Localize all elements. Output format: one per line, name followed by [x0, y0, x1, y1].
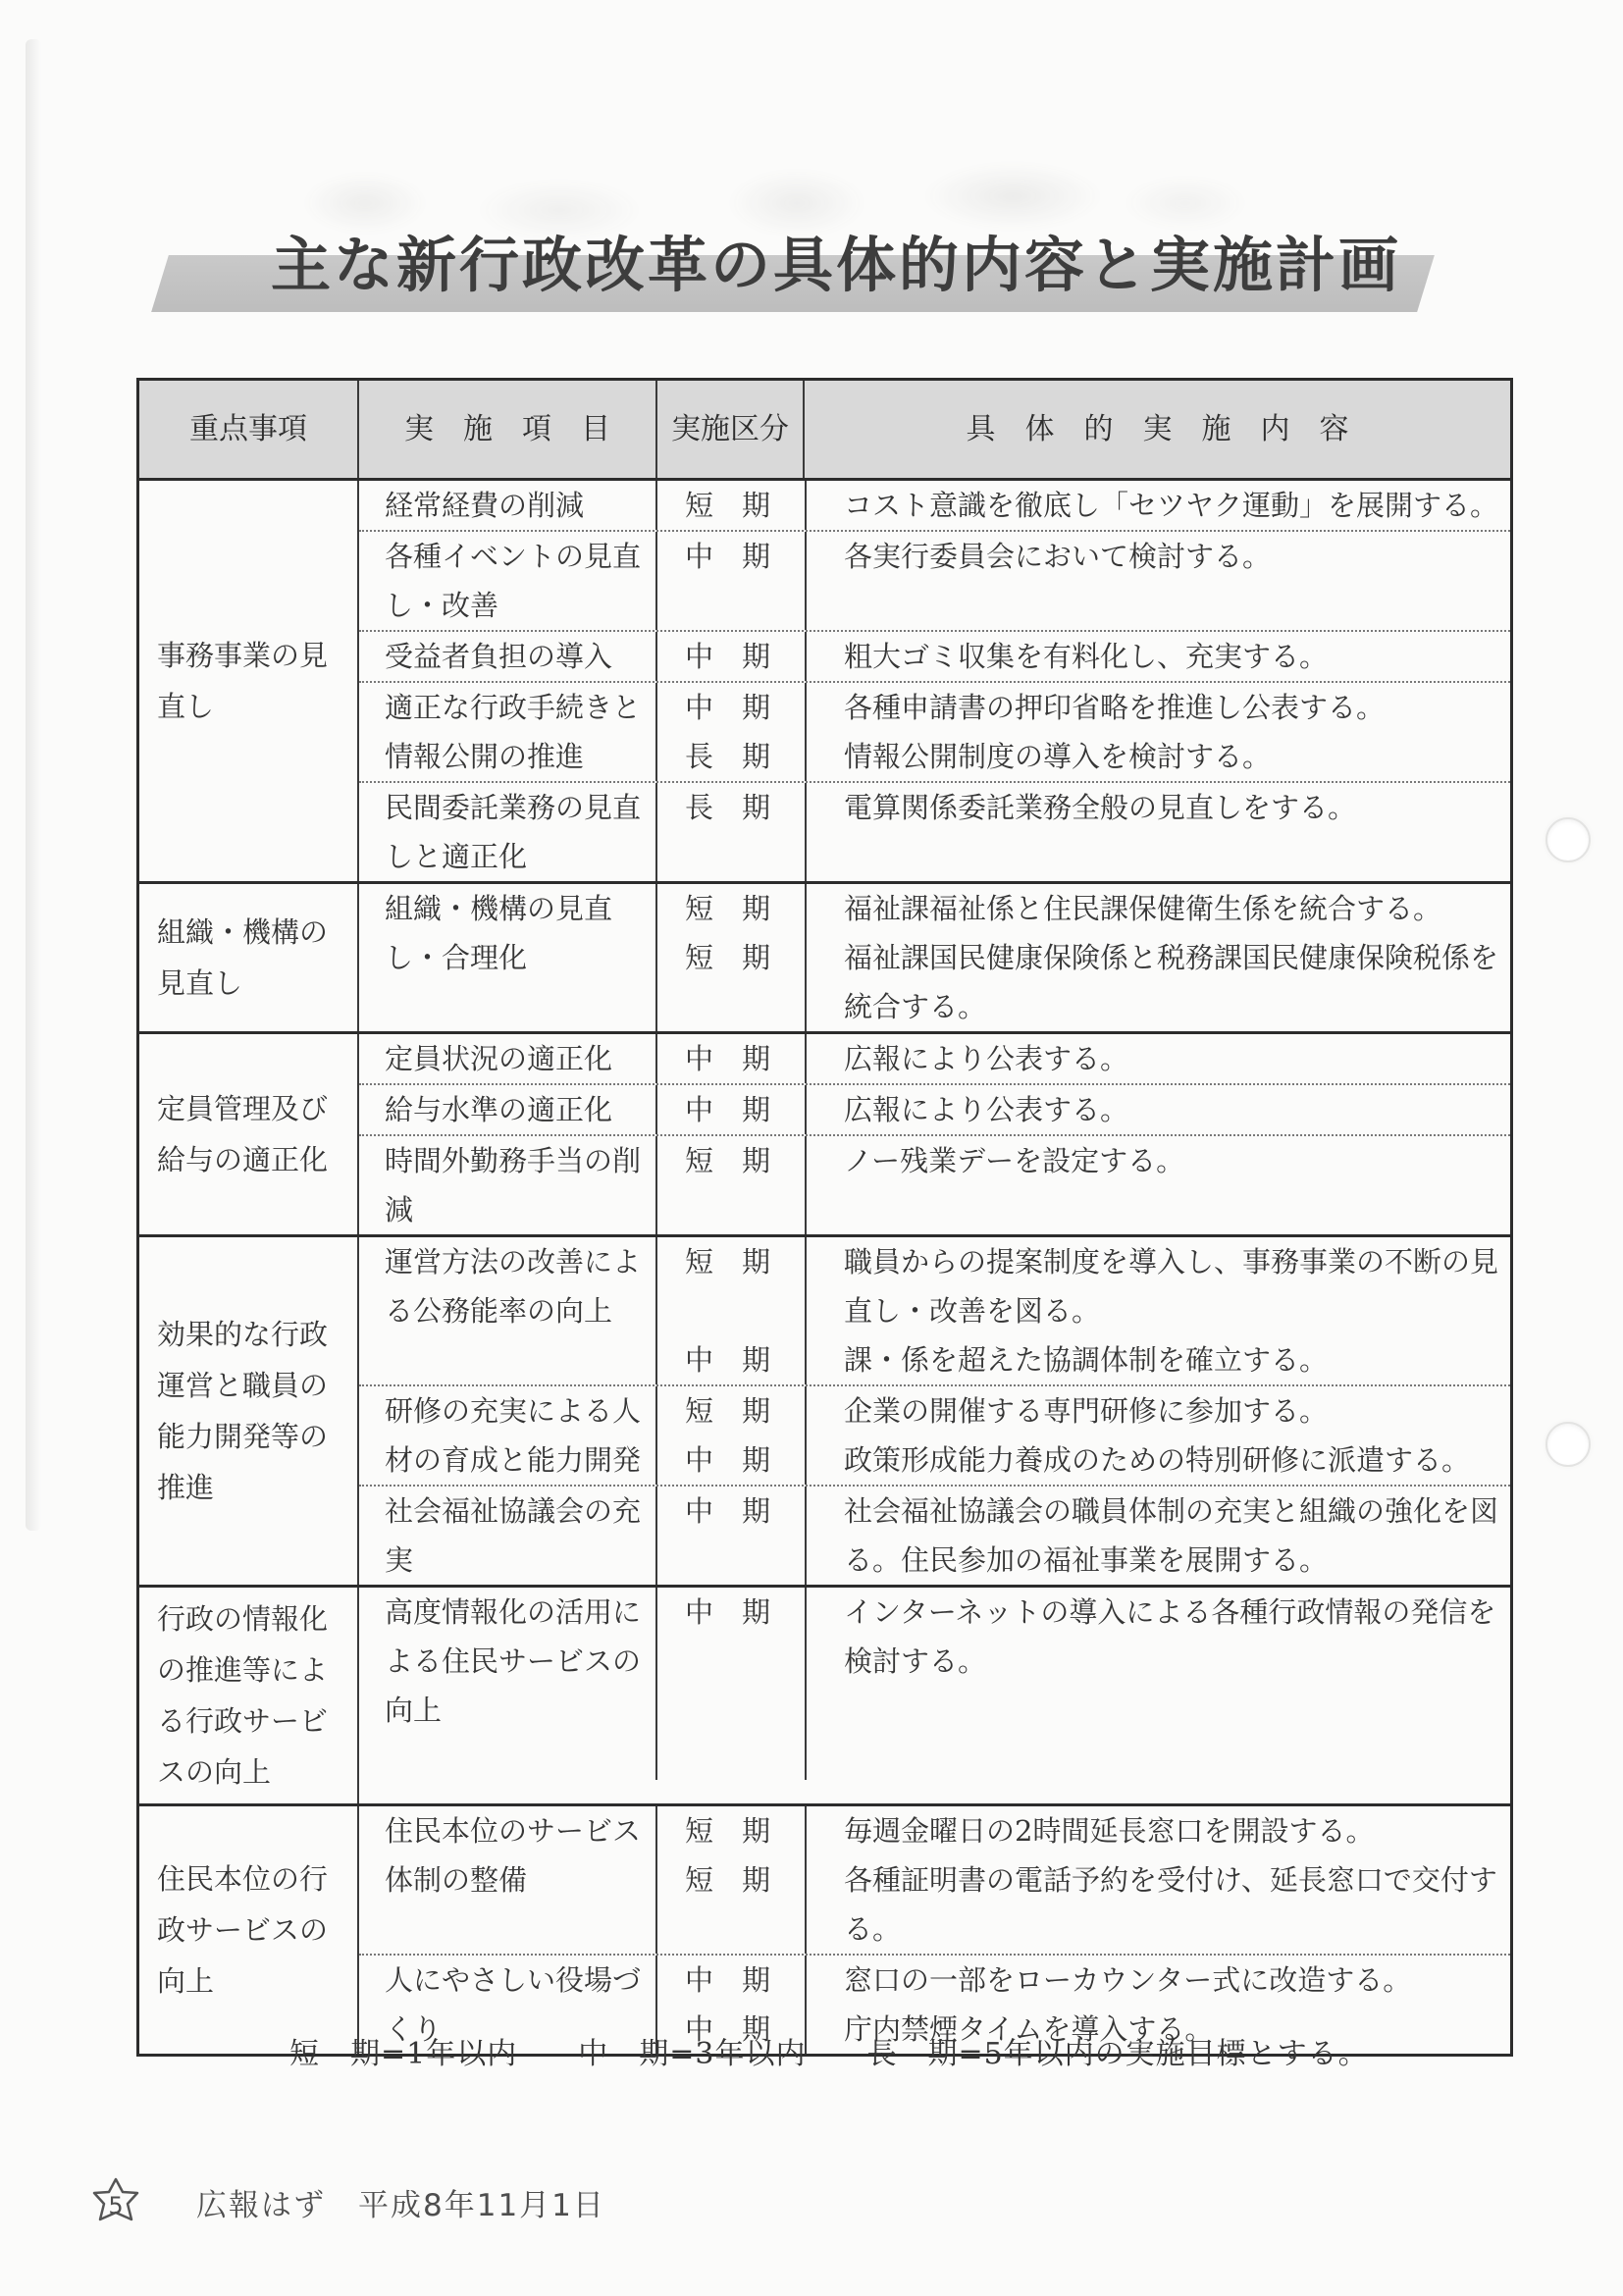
- section-label-text: 事務事業の見直し: [157, 630, 345, 732]
- scanned-newsletter-page: 主な新行政改革の具体的内容と実施計画 重点事項 実 施 項 目 実施区分 具 体…: [0, 0, 1623, 2296]
- table-row: 運営方法の改善による公務能率の向上 短 期 職員からの提案制度を導入し、事務事業…: [359, 1237, 1510, 1384]
- period-cell: 中 期: [657, 1956, 805, 2005]
- entry: 中 期 粗大ゴミ収集を有料化し、充実する。: [657, 632, 1510, 681]
- item-cell: 社会福祉協議会の充実: [359, 1487, 657, 1585]
- period-cell: 中 期: [657, 1335, 805, 1384]
- period-cell: 中 期: [657, 1487, 805, 1585]
- content-cell: 各種申請書の押印省略を推進し公表する。: [805, 683, 1510, 732]
- entry: 短 期 福祉課福祉係と住民課保健衛生係を統合する。: [657, 884, 1510, 933]
- entry-list: 中 期 広報により公表する。: [657, 1085, 1510, 1134]
- entry-list: 長 期 電算関係委託業務全般の見直しをする。: [657, 783, 1510, 881]
- entry-list: 短 期 ノー残業デーを設定する。: [657, 1136, 1510, 1234]
- entry: 短 期 企業の開催する専門研修に参加する。: [657, 1386, 1510, 1435]
- content-cell: 情報公開制度の導入を検討する。: [805, 732, 1510, 781]
- item-cell: 経常経費の削減: [359, 481, 657, 530]
- entry: 中 期 窓口の一部をローカウンター式に改造する。: [657, 1956, 1510, 2005]
- header-implementation-item: 実 施 項 目: [359, 381, 657, 478]
- item-cell: 各種イベントの見直し・改善: [359, 532, 657, 630]
- item-cell: 運営方法の改善による公務能率の向上: [359, 1237, 657, 1384]
- item-cell: 高度情報化の活用による住民サービスの向上: [359, 1588, 657, 1780]
- content-cell: 福祉課国民健康保険係と税務課国民健康保険税係を統合する。: [805, 933, 1510, 1031]
- table-row: 受益者負担の導入 中 期 粗大ゴミ収集を有料化し、充実する。: [359, 630, 1510, 681]
- content-cell: 各種証明書の電話予約を受付け、延長窓口で交付する。: [805, 1855, 1510, 1954]
- entry: 短 期 毎週金曜日の2時間延長窓口を開設する。: [657, 1806, 1510, 1855]
- table-row: 社会福祉協議会の充実 中 期 社会福祉協議会の職員体制の充実と組織の強化を図る。…: [359, 1485, 1510, 1585]
- entry-list: 短 期 福祉課福祉係と住民課保健衛生係を統合する。 短 期 福祉課国民健康保険係…: [657, 884, 1510, 1031]
- content-cell: 窓口の一部をローカウンター式に改造する。: [805, 1956, 1510, 2005]
- entry: 長 期 情報公開制度の導入を検討する。: [657, 732, 1510, 781]
- period-cell: 短 期: [657, 884, 805, 933]
- section-rows: 組織・機構の見直し・合理化 短 期 福祉課福祉係と住民課保健衛生係を統合する。 …: [359, 884, 1510, 1031]
- section-label: 定員管理及び給与の適正化: [139, 1034, 359, 1234]
- entry: 長 期 電算関係委託業務全般の見直しをする。: [657, 783, 1510, 832]
- section-label: 事務事業の見直し: [139, 481, 359, 881]
- entry: 中 期 広報により公表する。: [657, 1034, 1510, 1083]
- period-cell: 長 期: [657, 783, 805, 832]
- table-row: 民間委託業務の見直しと適正化 長 期 電算関係委託業務全般の見直しをする。: [359, 781, 1510, 881]
- period-cell: 中 期: [657, 1085, 805, 1134]
- entry-list: 中 期 社会福祉協議会の職員体制の充実と組織の強化を図る。住民参加の福祉事業を展…: [657, 1487, 1510, 1585]
- entry: 短 期 福祉課国民健康保険係と税務課国民健康保険税係を統合する。: [657, 933, 1510, 1031]
- content-cell: 毎週金曜日の2時間延長窓口を開設する。: [805, 1806, 1510, 1855]
- item-cell: 住民本位のサービス体制の整備: [359, 1806, 657, 1954]
- period-cell: 短 期: [657, 1386, 805, 1435]
- period-cell: 短 期: [657, 933, 805, 1031]
- content-cell: インターネットの導入による各種行政情報の発信を検討する。: [805, 1588, 1510, 1686]
- content-cell: 広報により公表する。: [805, 1085, 1510, 1134]
- page-footer: 5 広報はず 平成8年11月1日: [90, 2176, 605, 2227]
- table-row: 時間外勤務手当の削減 短 期 ノー残業デーを設定する。: [359, 1134, 1510, 1234]
- item-cell: 受益者負担の導入: [359, 632, 657, 681]
- table-row: 住民本位のサービス体制の整備 短 期 毎週金曜日の2時間延長窓口を開設する。 短…: [359, 1806, 1510, 1954]
- entry-list: 短 期 企業の開催する専門研修に参加する。 中 期 政策形成能力養成のための特別…: [657, 1386, 1510, 1485]
- section-rows: 経常経費の削減 短 期 コスト意識を徹底し「セツヤク運動」を展開する。 各種イベ…: [359, 481, 1510, 881]
- content-cell: 電算関係委託業務全般の見直しをする。: [805, 783, 1510, 832]
- section-label: 組織・機構の見直し: [139, 884, 359, 1031]
- header-implementation-period: 実施区分: [657, 381, 805, 478]
- period-cell: 短 期: [657, 1855, 805, 1954]
- period-cell: 中 期: [657, 1435, 805, 1485]
- hole-punch: [1545, 817, 1591, 862]
- hole-punch: [1545, 1422, 1591, 1467]
- table-row: 研修の充実による人材の育成と能力開発 短 期 企業の開催する専門研修に参加する。…: [359, 1384, 1510, 1485]
- entry-list: 短 期 毎週金曜日の2時間延長窓口を開設する。 短 期 各種証明書の電話予約を受…: [657, 1806, 1510, 1954]
- entry: 短 期 コスト意識を徹底し「セツヤク運動」を展開する。: [657, 481, 1510, 530]
- entry-list: 中 期 各実行委員会において検討する。: [657, 532, 1510, 630]
- entry: 短 期 ノー残業デーを設定する。: [657, 1136, 1510, 1185]
- period-cell: 中 期: [657, 632, 805, 681]
- section-label-text: 住民本位の行政サービスの向上: [157, 1853, 345, 2007]
- table-section: 住民本位の行政サービスの向上 住民本位のサービス体制の整備 短 期 毎週金曜日の…: [139, 1803, 1510, 2054]
- header-concrete-content: 具 体 的 実 施 内 容: [805, 381, 1510, 478]
- period-cell: 短 期: [657, 1136, 805, 1185]
- entry: 短 期 職員からの提案制度を導入し、事務事業の不断の見直し・改善を図る。: [657, 1237, 1510, 1335]
- section-label: 住民本位の行政サービスの向上: [139, 1806, 359, 2054]
- entry: 短 期 各種証明書の電話予約を受付け、延長窓口で交付する。: [657, 1855, 1510, 1954]
- publication-name-date: 広報はず 平成8年11月1日: [196, 2180, 605, 2224]
- period-cell: 短 期: [657, 481, 805, 530]
- content-cell: ノー残業デーを設定する。: [805, 1136, 1510, 1185]
- content-cell: 職員からの提案制度を導入し、事務事業の不断の見直し・改善を図る。: [805, 1237, 1510, 1335]
- page-number-badge: 5: [90, 2176, 141, 2227]
- entry-list: 中 期 広報により公表する。: [657, 1034, 1510, 1083]
- section-rows: 住民本位のサービス体制の整備 短 期 毎週金曜日の2時間延長窓口を開設する。 短…: [359, 1806, 1510, 2054]
- section-label: 行政の情報化の推進等による行政サービスの向上: [139, 1588, 359, 1803]
- page-number: 5: [90, 2180, 141, 2231]
- content-cell: 粗大ゴミ収集を有料化し、充実する。: [805, 632, 1510, 681]
- entry: 中 期 インターネットの導入による各種行政情報の発信を検討する。: [657, 1588, 1510, 1686]
- period-cell: 中 期: [657, 1588, 805, 1686]
- header-priority-item: 重点事項: [139, 381, 359, 478]
- page-title: 主な新行政改革の具体的内容と実施計画: [271, 218, 1488, 303]
- table-row: 経常経費の削減 短 期 コスト意識を徹底し「セツヤク運動」を展開する。: [359, 481, 1510, 530]
- content-cell: 政策形成能力養成のための特別研修に派遣する。: [805, 1435, 1510, 1485]
- content-cell: 社会福祉協議会の職員体制の充実と組織の強化を図る。住民参加の福祉事業を展開する。: [805, 1487, 1510, 1585]
- table-row: 組織・機構の見直し・合理化 短 期 福祉課福祉係と住民課保健衛生係を統合する。 …: [359, 884, 1510, 1031]
- period-cell: 中 期: [657, 683, 805, 732]
- table-row: 適正な行政手続きと情報公開の推進 中 期 各種申請書の押印省略を推進し公表する。…: [359, 681, 1510, 781]
- content-cell: 福祉課福祉係と住民課保健衛生係を統合する。: [805, 884, 1510, 933]
- period-legend: 短 期=1年以内 中 期=3年以内 長 期=5年以内の実施目標とする。: [289, 2029, 1369, 2072]
- entry: 中 期 社会福祉協議会の職員体制の充実と組織の強化を図る。住民参加の福祉事業を展…: [657, 1487, 1510, 1585]
- table-section: 行政の情報化の推進等による行政サービスの向上 高度情報化の活用による住民サービス…: [139, 1585, 1510, 1803]
- period-cell: 中 期: [657, 1034, 805, 1083]
- entry-list: 短 期 職員からの提案制度を導入し、事務事業の不断の見直し・改善を図る。 中 期…: [657, 1237, 1510, 1384]
- entry: 中 期 課・係を超えた協調体制を確立する。: [657, 1335, 1510, 1384]
- content-cell: 課・係を超えた協調体制を確立する。: [805, 1335, 1510, 1384]
- entry-list: 中 期 各種申請書の押印省略を推進し公表する。 長 期 情報公開制度の導入を検討…: [657, 683, 1510, 781]
- period-cell: 長 期: [657, 732, 805, 781]
- item-cell: 給与水準の適正化: [359, 1085, 657, 1134]
- table-section: 組織・機構の見直し 組織・機構の見直し・合理化 短 期 福祉課福祉係と住民課保健…: [139, 881, 1510, 1031]
- scan-edge-shadow: [26, 39, 41, 1531]
- section-label-text: 効果的な行政運営と職員の能力開発等の推進: [157, 1309, 345, 1513]
- table-section: 効果的な行政運営と職員の能力開発等の推進 運営方法の改善による公務能率の向上 短…: [139, 1234, 1510, 1585]
- entry-list: 中 期 インターネットの導入による各種行政情報の発信を検討する。: [657, 1588, 1510, 1780]
- table-row: 各種イベントの見直し・改善 中 期 各実行委員会において検討する。: [359, 530, 1510, 630]
- table-header-row: 重点事項 実 施 項 目 実施区分 具 体 的 実 施 内 容: [139, 381, 1510, 481]
- content-cell: 各実行委員会において検討する。: [805, 532, 1510, 581]
- entry: 中 期 各種申請書の押印省略を推進し公表する。: [657, 683, 1510, 732]
- table-section: 事務事業の見直し 経常経費の削減 短 期 コスト意識を徹底し「セツヤク運動」を展…: [139, 481, 1510, 881]
- item-cell: 民間委託業務の見直しと適正化: [359, 783, 657, 881]
- section-label-text: 組織・機構の見直し: [157, 907, 345, 1009]
- section-rows: 高度情報化の活用による住民サービスの向上 中 期 インターネットの導入による各種…: [359, 1588, 1510, 1803]
- item-cell: 適正な行政手続きと情報公開の推進: [359, 683, 657, 781]
- entry: 中 期 広報により公表する。: [657, 1085, 1510, 1134]
- period-cell: 中 期: [657, 532, 805, 581]
- entry-list: 短 期 コスト意識を徹底し「セツヤク運動」を展開する。: [657, 481, 1510, 530]
- item-cell: 組織・機構の見直し・合理化: [359, 884, 657, 1031]
- table-section: 定員管理及び給与の適正化 定員状況の適正化 中 期 広報により公表する。 給与水…: [139, 1031, 1510, 1234]
- entry: 中 期 各実行委員会において検討する。: [657, 532, 1510, 581]
- table-row: 高度情報化の活用による住民サービスの向上 中 期 インターネットの導入による各種…: [359, 1588, 1510, 1780]
- item-cell: 時間外勤務手当の削減: [359, 1136, 657, 1234]
- content-cell: コスト意識を徹底し「セツヤク運動」を展開する。: [805, 481, 1510, 530]
- section-label-text: 行政の情報化の推進等による行政サービスの向上: [157, 1593, 345, 1798]
- period-cell: 短 期: [657, 1806, 805, 1855]
- item-cell: 研修の充実による人材の育成と能力開発: [359, 1386, 657, 1485]
- item-cell: 定員状況の適正化: [359, 1034, 657, 1083]
- period-cell: 短 期: [657, 1237, 805, 1335]
- entry-list: 中 期 粗大ゴミ収集を有料化し、充実する。: [657, 632, 1510, 681]
- section-label: 効果的な行政運営と職員の能力開発等の推進: [139, 1237, 359, 1585]
- table-row: 定員状況の適正化 中 期 広報により公表する。: [359, 1034, 1510, 1083]
- section-rows: 運営方法の改善による公務能率の向上 短 期 職員からの提案制度を導入し、事務事業…: [359, 1237, 1510, 1585]
- reform-plan-table: 重点事項 実 施 項 目 実施区分 具 体 的 実 施 内 容 事務事業の見直し…: [136, 378, 1513, 2057]
- section-rows: 定員状況の適正化 中 期 広報により公表する。 給与水準の適正化 中 期 広報に…: [359, 1034, 1510, 1234]
- section-label-text: 定員管理及び給与の適正化: [157, 1083, 345, 1185]
- entry: 中 期 政策形成能力養成のための特別研修に派遣する。: [657, 1435, 1510, 1485]
- content-cell: 広報により公表する。: [805, 1034, 1510, 1083]
- content-cell: 企業の開催する専門研修に参加する。: [805, 1386, 1510, 1435]
- table-row: 給与水準の適正化 中 期 広報により公表する。: [359, 1083, 1510, 1134]
